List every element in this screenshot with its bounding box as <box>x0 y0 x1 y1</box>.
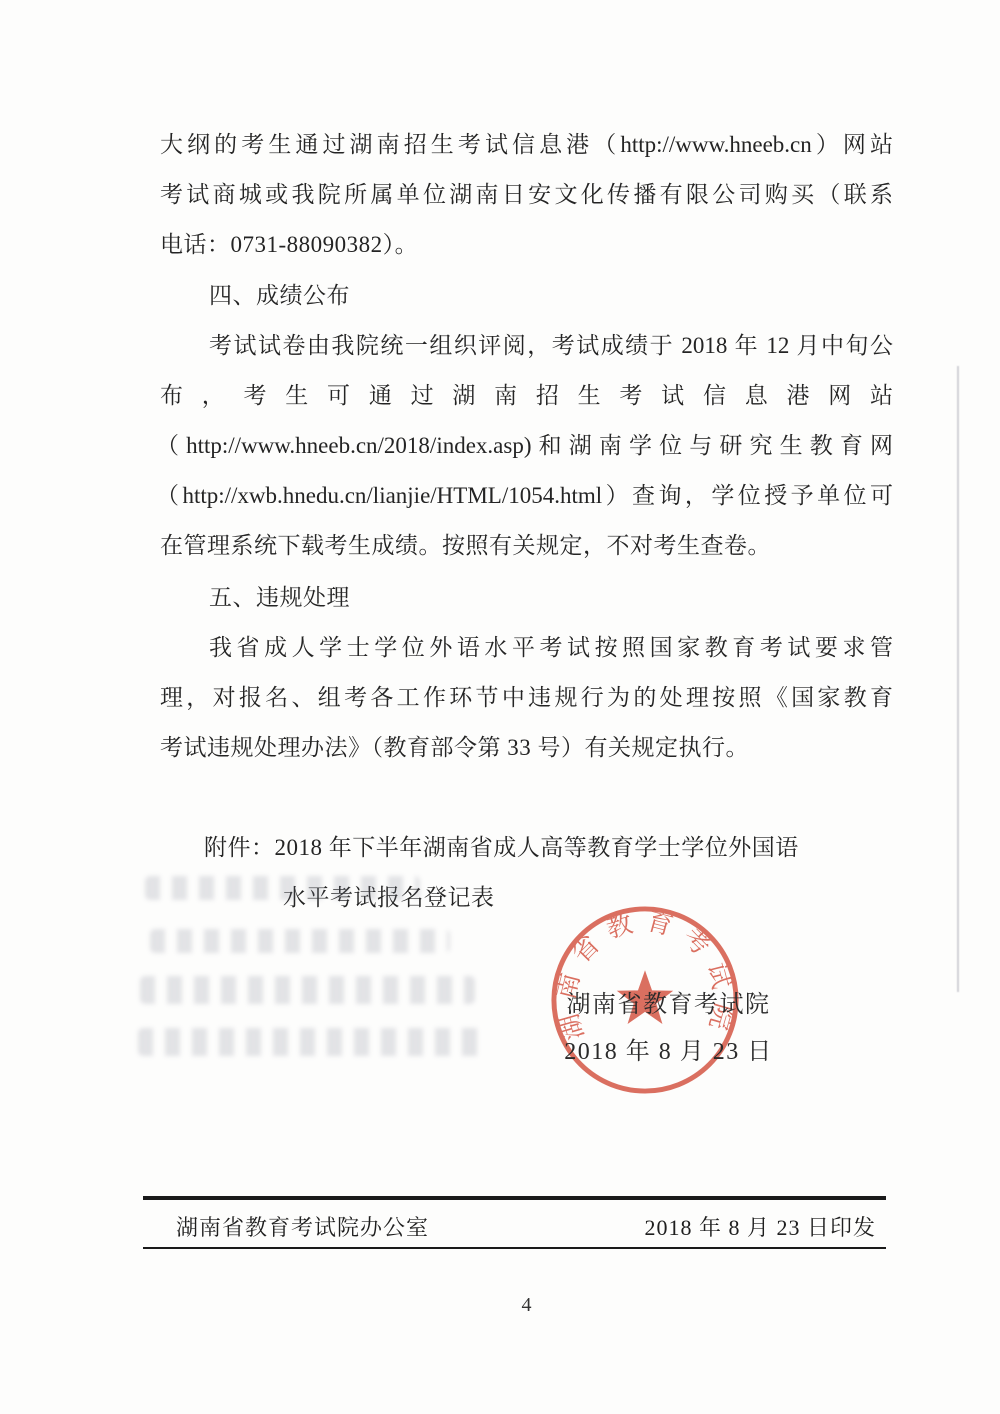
body-line: （http://www.hneeb.cn/2018/index.asp)和湖南学… <box>156 431 893 460</box>
section4-heading: 四、成绩公布 <box>209 281 350 310</box>
page-number: 4 <box>160 1294 893 1317</box>
footer-row: 湖南省教育考试院办公室 2018 年 8 月 23 日印发 <box>143 1211 886 1242</box>
body-line: 考试试卷由我院统一组织评阅，考试成绩于 2018 年 12 月中旬公 <box>209 331 893 360</box>
body-line: 大纲的考生通过湖南招生考试信息港（http://www.hneeb.cn）网站 <box>160 130 893 159</box>
scanned-document-page: 大纲的考生通过湖南招生考试信息港（http://www.hneeb.cn）网站 … <box>0 0 1000 1414</box>
body-line: 布，考生可通过湖南招生考试信息港网站 <box>160 381 893 410</box>
body-line: 理，对报名、组考各工作环节中违规行为的处理按照《国家教育 <box>160 683 893 712</box>
body-line: 电话：0731-88090382）。 <box>160 230 418 259</box>
body-line: （http://xwb.hnedu.cn/lianjie/HTML/1054.h… <box>156 481 893 510</box>
body-line: 考试商城或我院所属单位湖南日安文化传播有限公司购买（联系 <box>160 180 893 209</box>
signature-date: 2018 年 8 月 23 日 <box>561 1031 776 1066</box>
signature-org: 湖南省教育考试院 <box>561 984 776 1019</box>
footer-rule-top <box>143 1196 886 1200</box>
body-line: 考试违规处理办法》（教育部令第 33 号）有关规定执行。 <box>160 733 749 762</box>
scan-artifact-line <box>957 366 959 992</box>
body-line: 在管理系统下载考生成绩。按照有关规定，不对考生查卷。 <box>160 531 771 560</box>
bleedthrough-smudge <box>145 876 420 900</box>
bleedthrough-smudge <box>140 976 475 1004</box>
footer-issuing-office: 湖南省教育考试院办公室 <box>176 1211 429 1242</box>
body-line: 我省成人学士学位外语水平考试按照国家教育考试要求管 <box>209 633 893 662</box>
attachment-line: 附件：2018 年下半年湖南省成人高等教育学士学位外国语 <box>204 833 799 862</box>
bleedthrough-smudge <box>138 1028 483 1056</box>
footer-rule-bottom <box>143 1247 886 1249</box>
footer-print-date: 2018 年 8 月 23 日印发 <box>644 1211 876 1242</box>
section5-heading: 五、违规处理 <box>209 583 350 612</box>
bleedthrough-smudge <box>150 929 450 953</box>
